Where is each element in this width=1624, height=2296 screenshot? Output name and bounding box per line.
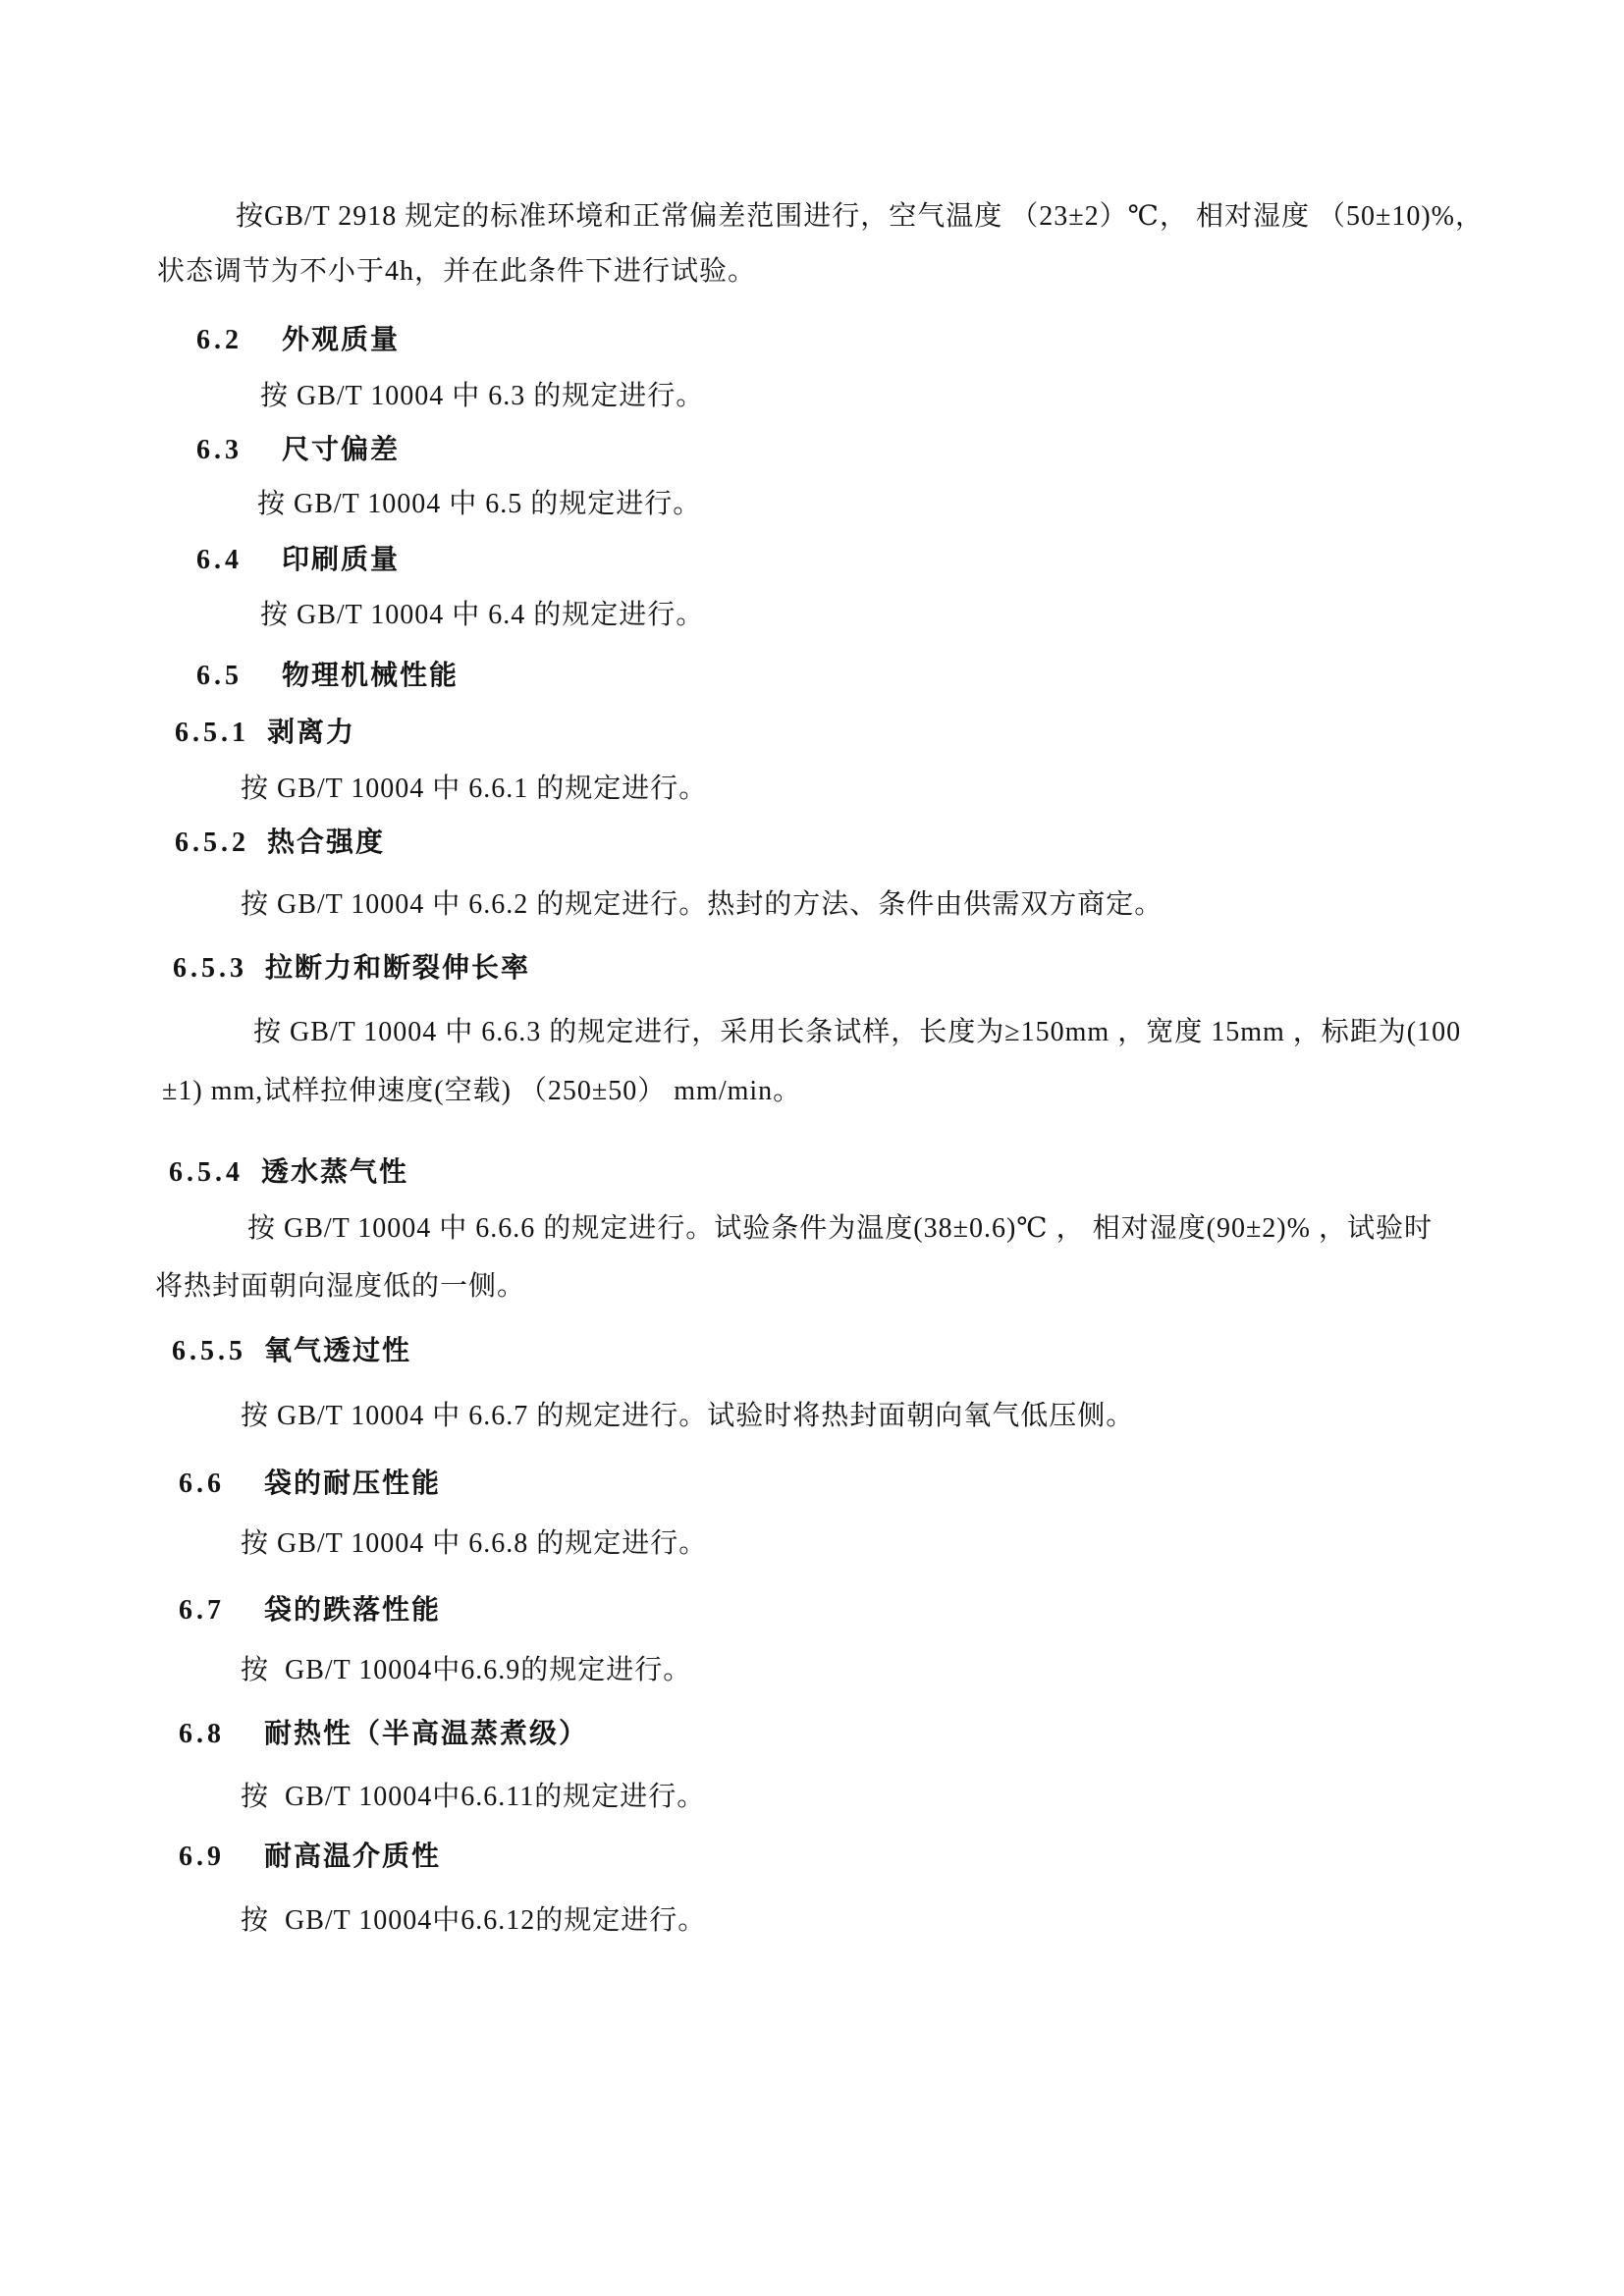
section-title: 拉断力和断裂伸长率 [265, 953, 530, 984]
section-number: 6.6 [179, 1468, 225, 1499]
section-title: 袋的跌落性能 [264, 1595, 441, 1626]
section-heading-6.9: 6.9耐高温介质性 [179, 1841, 441, 1874]
text-line: 按 GB/T 10004 中 6.6.1 的规定进行。 [241, 773, 707, 806]
section-number: 6.5.3 [173, 953, 247, 984]
section-heading-6.5: 6.5物理机械性能 [196, 660, 459, 693]
section-title: 印刷质量 [282, 545, 400, 575]
section-number: 6.4 [196, 545, 243, 575]
section-title: 剥离力 [267, 718, 355, 748]
text-line: 按 GB/T 10004 中 6.6.6 的规定进行。试验条件为温度(38±0.… [247, 1212, 1433, 1246]
section-heading-6.5.2: 6.5.2热合强度 [175, 827, 385, 860]
section-title: 透水蒸气性 [261, 1157, 408, 1188]
section-title: 热合强度 [267, 828, 385, 858]
section-title: 外观质量 [282, 325, 400, 355]
section-title: 袋的耐压性能 [264, 1468, 441, 1499]
text-line: 按 GB/T 10004中6.6.11的规定进行。 [241, 1781, 705, 1814]
document-page: 按GB/T 2918 规定的标准环境和正常偏差范围进行，空气温度 （23±2）℃… [0, 0, 1624, 2296]
text-line: 按 GB/T 10004中6.6.9的规定进行。 [241, 1654, 691, 1687]
section-heading-6.5.4: 6.5.4透水蒸气性 [169, 1156, 408, 1190]
section-heading-6.7: 6.7袋的跌落性能 [179, 1594, 441, 1628]
section-title: 氧气透过性 [264, 1336, 411, 1366]
text-line: 按 GB/T 10004中6.6.12的规定进行。 [241, 1904, 706, 1938]
section-heading-6.8: 6.8耐热性（半高温蒸煮级） [179, 1718, 588, 1751]
section-heading-6.5.5: 6.5.5氧气透过性 [172, 1335, 411, 1368]
section-number: 6.5.1 [175, 718, 249, 748]
text-line: 按 GB/T 10004 中 6.6.2 的规定进行。热封的方法、条件由供需双方… [241, 888, 1163, 922]
text-line: 按 GB/T 10004 中 6.4 的规定进行。 [260, 599, 704, 632]
text-line: 按 GB/T 10004 中 6.6.7 的规定进行。试验时将热封面朝向氧气低压… [241, 1400, 1134, 1433]
text-line: 状态调节为不小于4h，并在此条件下进行试验。 [157, 255, 756, 289]
section-heading-6.2: 6.2外观质量 [196, 324, 400, 357]
text-line: ±1) mm,试样拉伸速度(空载) （250±50） mm/min。 [162, 1075, 801, 1108]
text-line: 按 GB/T 10004 中 6.3 的规定进行。 [260, 380, 704, 413]
section-heading-6.5.3: 6.5.3拉断力和断裂伸长率 [173, 952, 530, 986]
section-title: 耐高温介质性 [264, 1842, 441, 1872]
text-line: 按 GB/T 10004 中 6.5 的规定进行。 [257, 488, 701, 521]
section-heading-6.6: 6.6袋的耐压性能 [179, 1468, 441, 1501]
section-number: 6.8 [179, 1719, 225, 1749]
section-number: 6.3 [196, 435, 243, 465]
text-line: 将热封面朝向湿度低的一侧。 [155, 1270, 525, 1304]
section-number: 6.5.2 [175, 828, 249, 858]
section-number: 6.5 [196, 661, 243, 691]
text-line: 按 GB/T 10004 中 6.6.3 的规定进行，采用长条试样，长度为≥15… [253, 1016, 1461, 1049]
section-title: 耐热性（半高温蒸煮级） [264, 1719, 588, 1749]
section-number: 6.5.5 [172, 1336, 246, 1366]
section-heading-6.5.1: 6.5.1剥离力 [175, 717, 355, 750]
section-number: 6.2 [196, 325, 243, 355]
text-line: 按 GB/T 10004 中 6.6.8 的规定进行。 [241, 1527, 707, 1561]
section-title: 尺寸偏差 [282, 435, 400, 465]
section-number: 6.5.4 [169, 1157, 244, 1188]
text-line: 按GB/T 2918 规定的标准环境和正常偏差范围进行，空气温度 （23±2）℃… [236, 200, 1484, 234]
section-heading-6.4: 6.4印刷质量 [196, 544, 400, 577]
section-heading-6.3: 6.3尺寸偏差 [196, 434, 400, 467]
section-number: 6.9 [179, 1842, 225, 1872]
section-number: 6.7 [179, 1595, 225, 1626]
section-title: 物理机械性能 [282, 661, 459, 691]
